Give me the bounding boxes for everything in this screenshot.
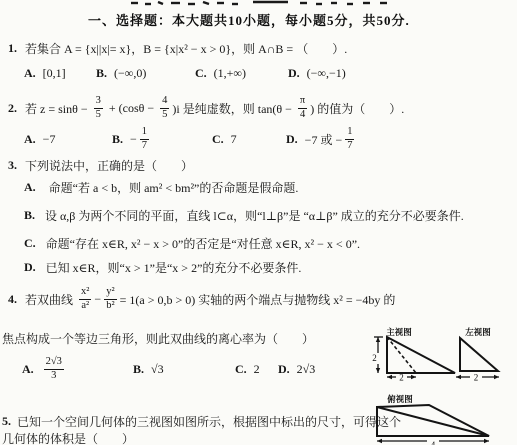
q4-option-d-label: D. [278,362,290,377]
q3-option-c-text: 命题“存在 x∈R, x² − x > 0”的否定是“对任意 x∈R, x² −… [46,235,360,252]
cut-off-text-remnant [125,0,405,7]
q4-number: 4. [8,292,17,307]
q1-option-d-label: D. [288,66,300,81]
q4-option-b-label: B. [133,362,144,377]
q4-option-c-value: 2 [254,362,260,377]
left-view-label: 左视图 [465,327,491,337]
front-view-diagram: 主视图 2 2 [371,324,463,382]
q5-text-2: 几何体的体积是（ ） [2,430,134,445]
q4-option-b-value: √3 [151,362,164,377]
q4-option-d-value: 2√3 [297,362,316,377]
q1-option-a: A. [0,1] [24,63,66,83]
q4-option-a: A. 2√33 [22,352,67,386]
q4-line-2: 焦点构成一个等边三角形，则此双曲线的离心率为（ ） [2,329,314,347]
q2-option-c-value: 7 [231,132,237,147]
q4-minus-sign: − [94,292,101,307]
q3-option-b-text: 设 α,β 为两个不同的平面，直线 l⊂α，则“l⊥β”是 “α⊥β” 成立的充… [45,207,464,224]
q1-text: 若集合 A = {x||x|= x}，B = {x|x² − x > 0}，则 … [25,40,347,57]
q5-line-2: 几何体的体积是（ ） [2,430,134,445]
top-view-label: 俯视图 [387,394,413,404]
q4-option-c: C. 2 [235,352,260,386]
front-view-dashed-line [387,337,416,373]
q3-option-b-label: B. [24,208,35,223]
q4-option-a-label: A. [22,362,34,377]
q4-text-3: 焦点构成一个等边三角形，则此双曲线的离心率为（ ） [2,330,314,347]
q2-text-3: )i 是纯虚数，则 tan(θ − [172,100,295,117]
front-view-triangle [387,337,455,373]
q2-option-c-label: C. [212,132,224,147]
q3-option-b: B. 设 α,β 为两个不同的平面，直线 l⊂α，则“l⊥β”是 “α⊥β” 成… [24,204,464,226]
q4-option-b: B. √3 [133,352,164,386]
q2-option-a: A. −7 [24,123,55,155]
q3-option-d-label: D. [24,260,36,275]
q2-text-1: 若 z = sinθ − [25,100,91,117]
q1-option-a-label: A. [24,66,36,81]
q3-option-d: D. 已知 x∈R，则“x > 1”是“x > 2”的充分不必要条件. [24,256,301,278]
q4-option-a-fraction: 2√33 [44,357,64,381]
top-view-base-dim: 4 [431,440,436,445]
front-view-height-dim: 2 [372,353,377,363]
q2-text-2: + (cosθ − [106,101,157,116]
q2-option-b-label: B. [112,132,123,147]
q1-option-b: B. (−∞,0) [96,63,146,83]
q2-options: A. −7 B. − 17 C. 7 D. −7 或 − 17 [0,123,517,155]
q3-option-c-label: C. [24,236,36,251]
question-5: 5. 已知一个空间几何体的三视图如图所示，根据图中标出的尺寸，可得这个 [2,413,401,429]
q1-option-a-value: [0,1] [43,66,66,81]
q2-option-d-label: D. [286,132,298,147]
q1-option-c-value: (1,+∞) [214,66,246,81]
q3-option-a-label: A. [24,180,36,195]
q4-text-2: = 1(a > 0,b > 0) 实轴的两个端点与抛物线 x² = −4by 的 [120,291,396,308]
q4-option-c-label: C. [235,362,247,377]
top-view-diagram: 俯视图 4 [372,393,494,445]
question-1: 1. 若集合 A = {x||x|= x}，B = {x|x² − x > 0}… [8,36,347,60]
q5-text-1: 已知一个空间几何体的三视图如图所示，根据图中标出的尺寸，可得这个 [17,413,401,430]
question-2: 2. 若 z = sinθ − 35 + (cosθ − 45 )i 是纯虚数，… [8,92,404,124]
q2-option-b-fraction: 17 [140,127,149,151]
q2-number: 2. [8,101,17,116]
q1-option-b-label: B. [96,66,107,81]
q3-number: 3. [8,158,17,173]
front-view-base-dim: 2 [399,373,404,383]
q4-option-d: D. 2√3 [278,352,315,386]
q3-option-a: A. 命题“若 a < b，则 am² < bm²”的否命题是假命题. [24,176,298,198]
q2-fraction-pi-4: π4 [298,96,307,120]
left-view-diagram: 左视图 2 [452,324,517,382]
q2-option-d-text: −7 或 − [305,131,343,148]
q1-option-b-value: (−∞,0) [114,66,146,81]
q1-option-c-label: C. [195,66,207,81]
q1-option-d-value: (−∞,−1) [307,66,346,81]
q3-option-a-text: 命题“若 a < b，则 am² < bm²”的否命题是假命题. [49,179,299,196]
q2-fraction-3-5: 35 [94,96,103,120]
q4-text-1: 若双曲线 [25,291,76,308]
q3-option-c: C. 命题“存在 x∈R, x² − x > 0”的否定是“对任意 x∈R, x… [24,232,360,254]
left-view-base-dim: 2 [474,373,479,383]
q2-option-d: D. −7 或 − 17 [286,123,357,155]
q4-fraction-x2-a2: x²a² [79,287,91,311]
q2-option-c: C. 7 [212,123,237,155]
q2-text-4: ) 的值为（ ）. [310,100,404,117]
q2-option-b-minus: − [130,132,137,147]
section-header: 一、选择题：本大题共10小题，每小题5分，共50分. [88,10,410,29]
exam-page: 一、选择题：本大题共10小题，每小题5分，共50分. 1. 若集合 A = {x… [0,0,517,445]
q2-option-a-label: A. [24,132,36,147]
question-3: 3. 下列说法中，正确的是（ ） [8,156,193,174]
q1-option-c: C. (1,+∞) [195,63,246,83]
q4-fraction-y2-b2: y²b² [104,287,116,311]
q2-option-d-fraction: 17 [345,127,354,151]
q5-number: 5. [2,414,11,429]
q2-option-a-value: −7 [43,132,56,147]
q2-fraction-4-5: 45 [160,96,169,120]
q1-number: 1. [8,41,17,56]
q1-option-d: D. (−∞,−1) [288,63,346,83]
q3-option-d-text: 已知 x∈R，则“x > 1”是“x > 2”的充分不必要条件. [46,259,302,276]
q2-option-b: B. − 17 [112,123,152,155]
q1-options: A. [0,1] B. (−∞,0) C. (1,+∞) D. (−∞,−1) [0,63,517,83]
left-view-triangle [460,338,498,371]
q3-title: 下列说法中，正确的是（ ） [25,157,193,174]
question-4: 4. 若双曲线 x²a² − y²b² = 1(a > 0,b > 0) 实轴的… [8,281,395,317]
top-view-diagonal [377,407,489,436]
front-view-label: 主视图 [386,327,412,337]
